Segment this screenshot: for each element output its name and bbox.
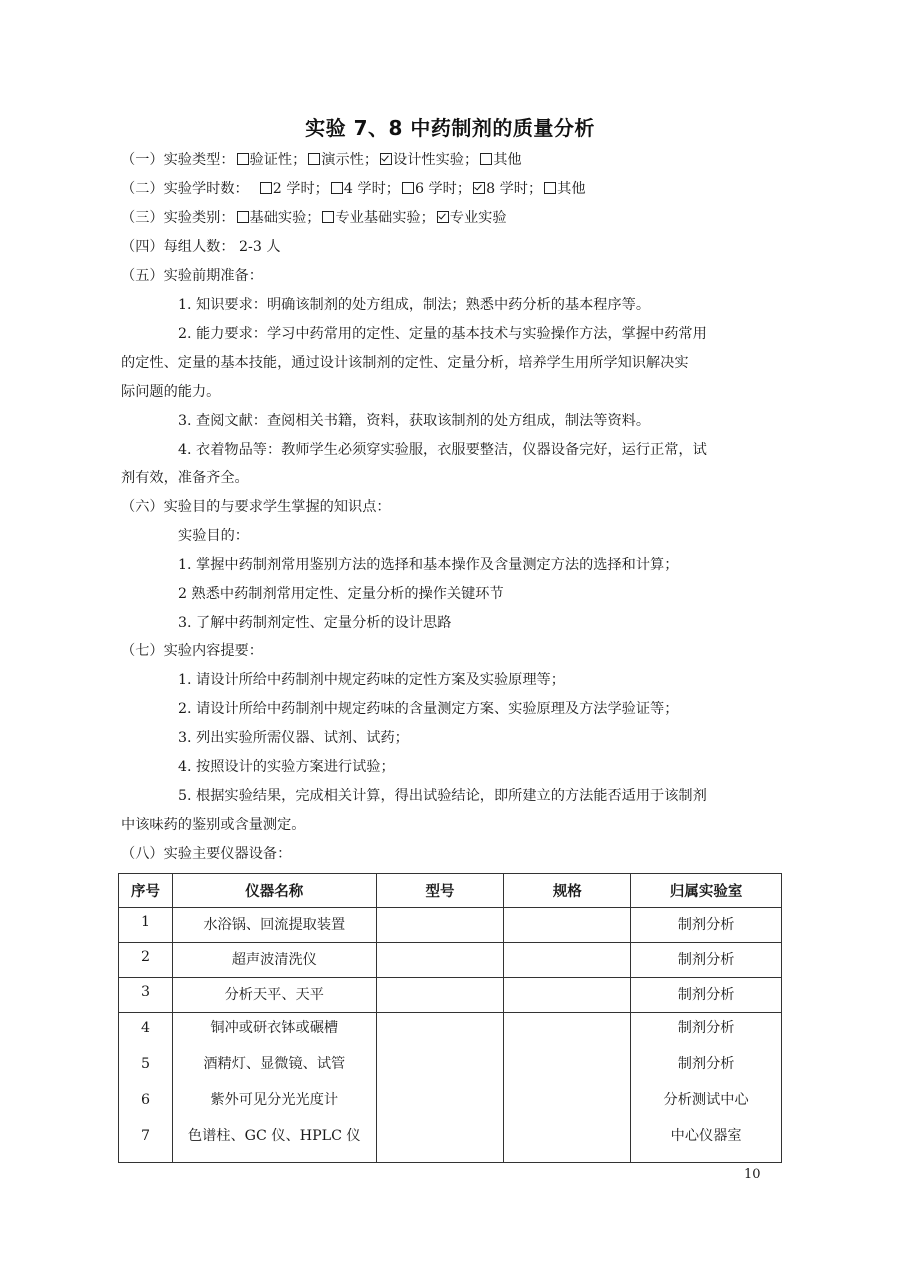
- row-index: 4: [119, 1018, 172, 1054]
- row-lab: 制剂分析: [631, 943, 782, 978]
- row-model: [376, 978, 504, 1013]
- content-heading: （七）实验内容提要：: [121, 641, 263, 661]
- objectives-heading: （六）实验目的与要求学生掌握的知识点：: [121, 497, 391, 517]
- row-spec: [504, 978, 631, 1013]
- row-model: [376, 908, 504, 943]
- experiment-category-label: （三）实验类别：: [121, 210, 235, 226]
- row-name: 色谱柱、GC 仪、HPLC 仪: [173, 1126, 376, 1162]
- header-model: 型号: [376, 874, 504, 908]
- row-index: 6: [119, 1090, 172, 1126]
- class-hours-line: （二）实验学时数： 2 学时；4 学时；6 学时；8 学时；其他: [121, 179, 586, 199]
- merged-name-cell: 铜冲或研衣钵或碾槽 酒精灯、显微镜、试管 紫外可见分光光度计 色谱柱、GC 仪、…: [172, 1013, 376, 1163]
- checkbox-icon: [322, 211, 334, 223]
- row-spec: [504, 943, 631, 978]
- merged-index-cell: 4 5 6 7: [119, 1013, 173, 1163]
- equipment-table: 序号 仪器名称 型号 规格 归属实验室 1 水浴锅、回流提取装置 制剂分析 2 …: [118, 873, 782, 1163]
- checked-checkbox-icon: [437, 211, 449, 223]
- row-index: 2: [119, 943, 173, 978]
- option-label: 基础实验；: [250, 210, 321, 226]
- option-label: 演示性；: [321, 152, 378, 168]
- header-index: 序号: [119, 874, 173, 908]
- content-item-4: 4. 按照设计的实验方案进行试验；: [178, 757, 395, 777]
- page-number: 10: [744, 1167, 761, 1182]
- row-lab: 制剂分析: [631, 908, 782, 943]
- experiment-type-line: （一）实验类型：验证性；演示性；设计性实验；其他: [121, 150, 522, 170]
- checkbox-icon: [308, 153, 320, 165]
- experiment-type-label: （一）实验类型：: [121, 152, 235, 168]
- equipment-heading: （八）实验主要仪器设备：: [121, 844, 291, 864]
- objectives-subheading: 实验目的：: [178, 526, 249, 546]
- content-item-2: 2. 请设计所给中药制剂中规定药味的含量测定方案、实验原理及方法学验证等；: [178, 699, 678, 719]
- document-title: 实验 7、8 中药制剂的质量分析: [0, 112, 900, 141]
- prep-item-2-cont2: 际问题的能力。: [121, 382, 220, 402]
- row-name: 水浴锅、回流提取装置: [172, 908, 376, 943]
- objective-item-1: 1. 掌握中药制剂常用鉴别方法的选择和基本操作及含量测定方法的选择和计算；: [178, 555, 678, 575]
- checkbox-icon: [237, 211, 249, 223]
- row-name: 超声波清洗仪: [172, 943, 376, 978]
- row-name: 铜冲或研衣钵或碾槽: [173, 1018, 376, 1054]
- option-label: 设计性实验；: [393, 152, 478, 168]
- option-label: 4 学时；: [344, 181, 400, 197]
- row-index: 3: [119, 978, 173, 1013]
- row-lab: 制剂分析: [631, 1054, 781, 1090]
- row-lab: 制剂分析: [631, 978, 782, 1013]
- table-header-row: 序号 仪器名称 型号 规格 归属实验室: [119, 874, 782, 908]
- merged-lab-cell: 制剂分析 制剂分析 分析测试中心 中心仪器室: [631, 1013, 782, 1163]
- row-name: 分析天平、天平: [172, 978, 376, 1013]
- row-lab: 中心仪器室: [631, 1126, 781, 1162]
- merged-spec-cell: [504, 1013, 631, 1163]
- checkbox-icon: [480, 153, 492, 165]
- row-name: 酒精灯、显微镜、试管: [173, 1054, 376, 1090]
- class-hours-label: （二）实验学时数：: [121, 181, 249, 197]
- checkbox-icon: [260, 182, 272, 194]
- prep-item-2: 2. 能力要求：学习中药常用的定性、定量的基本技术与实验操作方法，掌握中药常用: [178, 324, 707, 344]
- header-name: 仪器名称: [172, 874, 376, 908]
- row-name: 紫外可见分光光度计: [173, 1090, 376, 1126]
- row-index: 1: [119, 908, 173, 943]
- experiment-category-line: （三）实验类别：基础实验；专业基础实验；专业实验: [121, 208, 507, 228]
- row-index: 7: [119, 1126, 172, 1162]
- option-label: 8 学时；: [486, 181, 542, 197]
- checkbox-icon: [544, 182, 556, 194]
- objective-item-2: 2 熟悉中药制剂常用定性、定量分析的操作关键环节: [178, 584, 504, 604]
- row-spec: [504, 908, 631, 943]
- prep-item-4-cont: 剂有效，准备齐全。: [121, 468, 249, 488]
- option-label: 验证性；: [250, 152, 307, 168]
- checkbox-icon: [331, 182, 343, 194]
- option-label: 专业基础实验；: [335, 210, 434, 226]
- checked-checkbox-icon: [380, 153, 392, 165]
- header-spec: 规格: [504, 874, 631, 908]
- table-row: 1 水浴锅、回流提取装置 制剂分析: [119, 908, 782, 943]
- option-label: 其他: [493, 152, 521, 168]
- table-row: 2 超声波清洗仪 制剂分析: [119, 943, 782, 978]
- content-item-1: 1. 请设计所给中药制剂中规定药味的定性方案及实验原理等；: [178, 670, 565, 690]
- content-item-5: 5. 根据实验结果，完成相关计算，得出试验结论，即所建立的方法能否适用于该制剂: [178, 786, 707, 806]
- header-lab: 归属实验室: [631, 874, 782, 908]
- prep-item-4: 4. 衣着物品等：教师学生必须穿实验服，衣服要整洁，仪器设备完好，运行正常，试: [178, 440, 707, 460]
- content-item-5-cont: 中该味药的鉴别或含量测定。: [121, 815, 305, 835]
- option-label: 其他: [557, 181, 585, 197]
- row-index: 5: [119, 1054, 172, 1090]
- table-row: 3 分析天平、天平 制剂分析: [119, 978, 782, 1013]
- content-item-3: 3. 列出实验所需仪器、试剂、试药；: [178, 728, 409, 748]
- option-label: 专业实验: [450, 210, 507, 226]
- row-lab: 制剂分析: [631, 1018, 781, 1054]
- prep-item-3: 3. 查阅文献：查阅相关书籍，资料，获取该制剂的处方组成，制法等资料。: [178, 411, 650, 431]
- merged-model-cell: [376, 1013, 504, 1163]
- table-merged-row: 4 5 6 7 铜冲或研衣钵或碾槽 酒精灯、显微镜、试管 紫外可见分光光度计 色…: [119, 1013, 782, 1163]
- row-model: [376, 943, 504, 978]
- objective-item-3: 3. 了解中药制剂定性、定量分析的设计思路: [178, 613, 451, 633]
- preparation-heading: （五）实验前期准备：: [121, 266, 263, 286]
- prep-item-1: 1. 知识要求：明确该制剂的处方组成，制法；熟悉中药分析的基本程序等。: [178, 295, 650, 315]
- row-lab: 分析测试中心: [631, 1090, 781, 1126]
- checked-checkbox-icon: [473, 182, 485, 194]
- option-label: 6 学时；: [415, 181, 471, 197]
- prep-item-2-cont: 的定性、定量的基本技能，通过设计该制剂的定性、定量分析，培养学生用所学知识解决实: [121, 353, 689, 373]
- checkbox-icon: [402, 182, 414, 194]
- option-label: 2 学时；: [273, 181, 329, 197]
- checkbox-icon: [237, 153, 249, 165]
- group-size-line: （四）每组人数： 2-3 人: [121, 237, 281, 257]
